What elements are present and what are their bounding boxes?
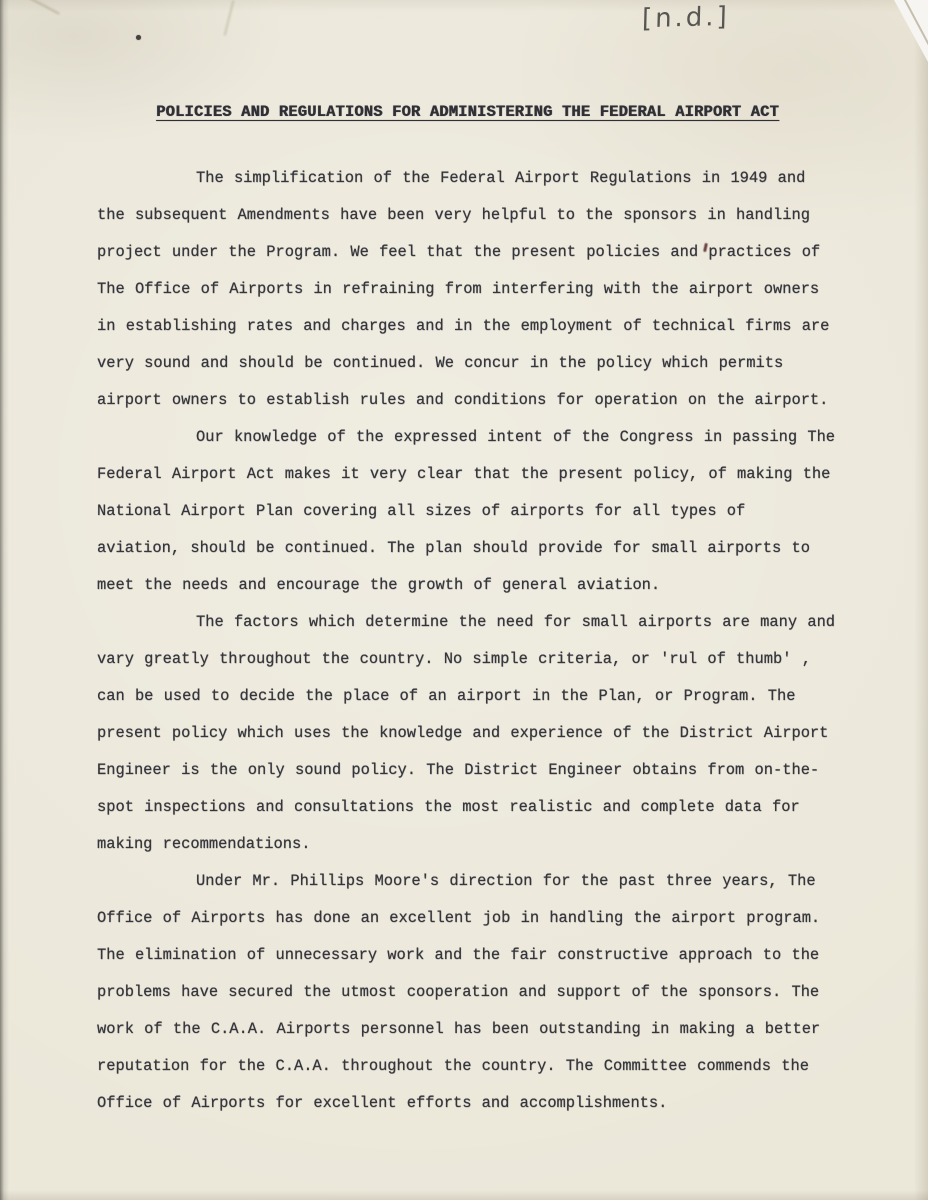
scanned-document-page: [n.d.] POLICIES AND REGULATIONS FOR ADMI… [0, 0, 928, 1200]
paragraph-1: The simplification of the Federal Airpor… [97, 160, 838, 419]
paper-crease [224, 0, 235, 35]
document-title: POLICIES AND REGULATIONS FOR ADMINISTERI… [97, 103, 838, 121]
ink-speck [136, 35, 141, 40]
paragraph-2: Our knowledge of the expressed intent of… [97, 419, 838, 604]
paragraph-4: Under Mr. Phillips Moore's direction for… [97, 863, 838, 1122]
document-body: The simplification of the Federal Airpor… [97, 160, 838, 1122]
paragraph-3: The factors which determine the need for… [97, 604, 838, 863]
paper-crease [18, 0, 60, 15]
handwritten-date-annotation: [n.d.] [642, 2, 731, 34]
